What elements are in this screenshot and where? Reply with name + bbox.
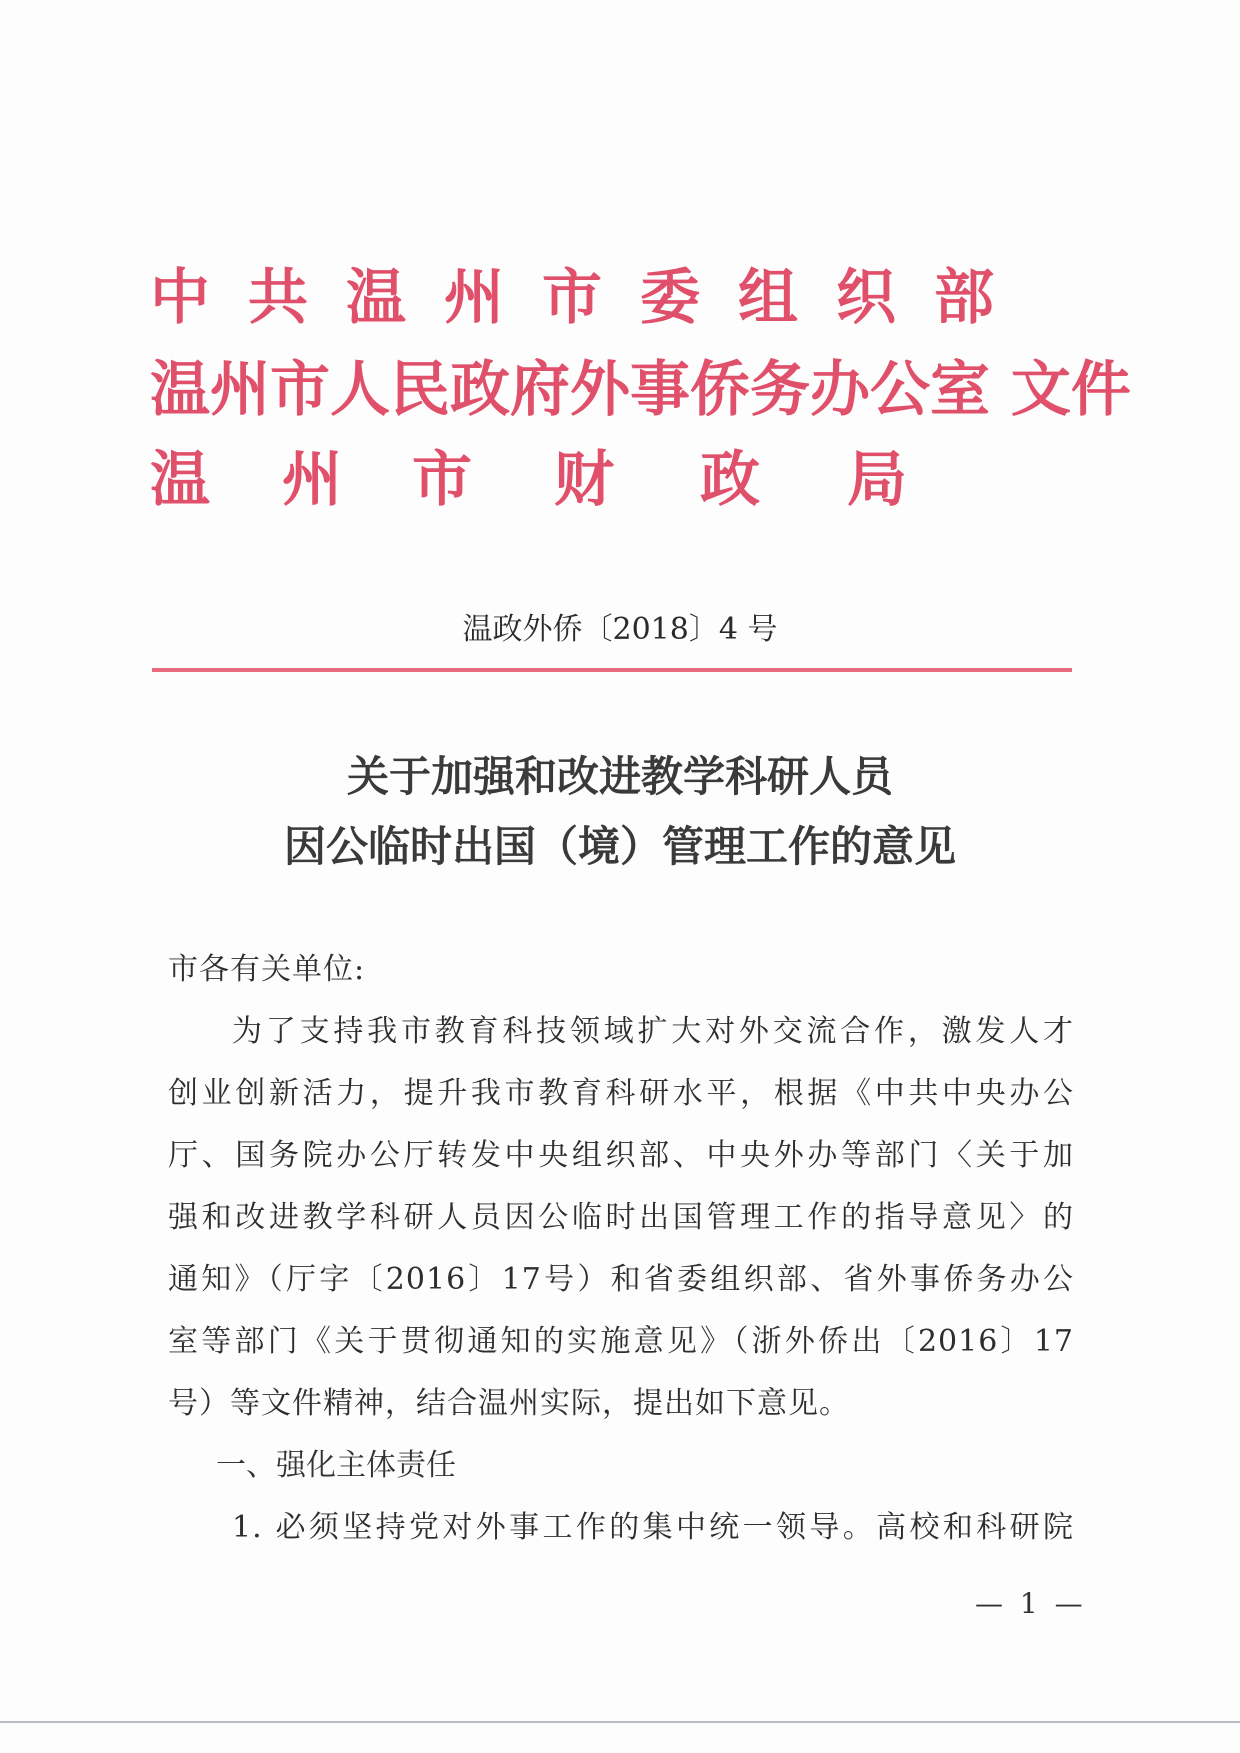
issuer-char: 局 [847,432,907,518]
paragraph-line: 强和改进教学科研人员因公临时出国管理工作的指导意见〉的 [168,1192,1074,1236]
document-title-line-1: 关于加强和改进教学科研人员 [0,744,1240,804]
paragraph-line: 为了支持我市教育科技领域扩大对外交流合作，激发人才 [232,1006,1074,1050]
issuer-char: 市 [412,432,472,518]
document-page: 中共温州市委组织部 温州市人民政府外事侨务办公室 文件 温 州 市 财 政 局 … [0,0,1240,1753]
issuer-char: 州 [282,432,342,518]
paragraph-line: 室等部门《关于贯彻通知的实施意见》（浙外侨出〔2016〕17 [168,1316,1074,1360]
issuer-org-department: 中共温州市委组织部 [150,250,1032,336]
issuer-char: 财 [554,432,614,518]
scan-edge-line [0,1721,1240,1723]
paragraph-line: 创业创新活力，提升我市教育科研水平，根据《中共中央办公 [168,1068,1074,1112]
paragraph-line: 号）等文件精神，结合温州实际，提出如下意见。 [168,1378,1074,1422]
document-title-line-2: 因公临时出国（境）管理工作的意见 [0,814,1240,874]
paragraph-line: 通知》（厅字〔2016〕17号）和省委组织部、省外事侨务办公 [168,1254,1074,1298]
document-number: 温政外侨〔2018〕4 号 [0,604,1240,648]
issuer-char: 温 [150,432,210,518]
section-heading: 一、强化主体责任 [216,1440,456,1484]
red-separator-line [152,668,1072,672]
item-line: 1. 必须坚持党对外事工作的集中统一领导。高校和科研院 [232,1502,1074,1546]
issuer-char: 政 [700,432,760,518]
salutation: 市各有关单位: [168,944,1074,988]
page-number: — 1 — [975,1587,1087,1620]
paragraph-line: 厅、国务院办公厅转发中央组织部、中央外办等部门〈关于加 [168,1130,1074,1174]
issuer-foreign-affairs-office: 温州市人民政府外事侨务办公室 文件 [150,342,1131,428]
